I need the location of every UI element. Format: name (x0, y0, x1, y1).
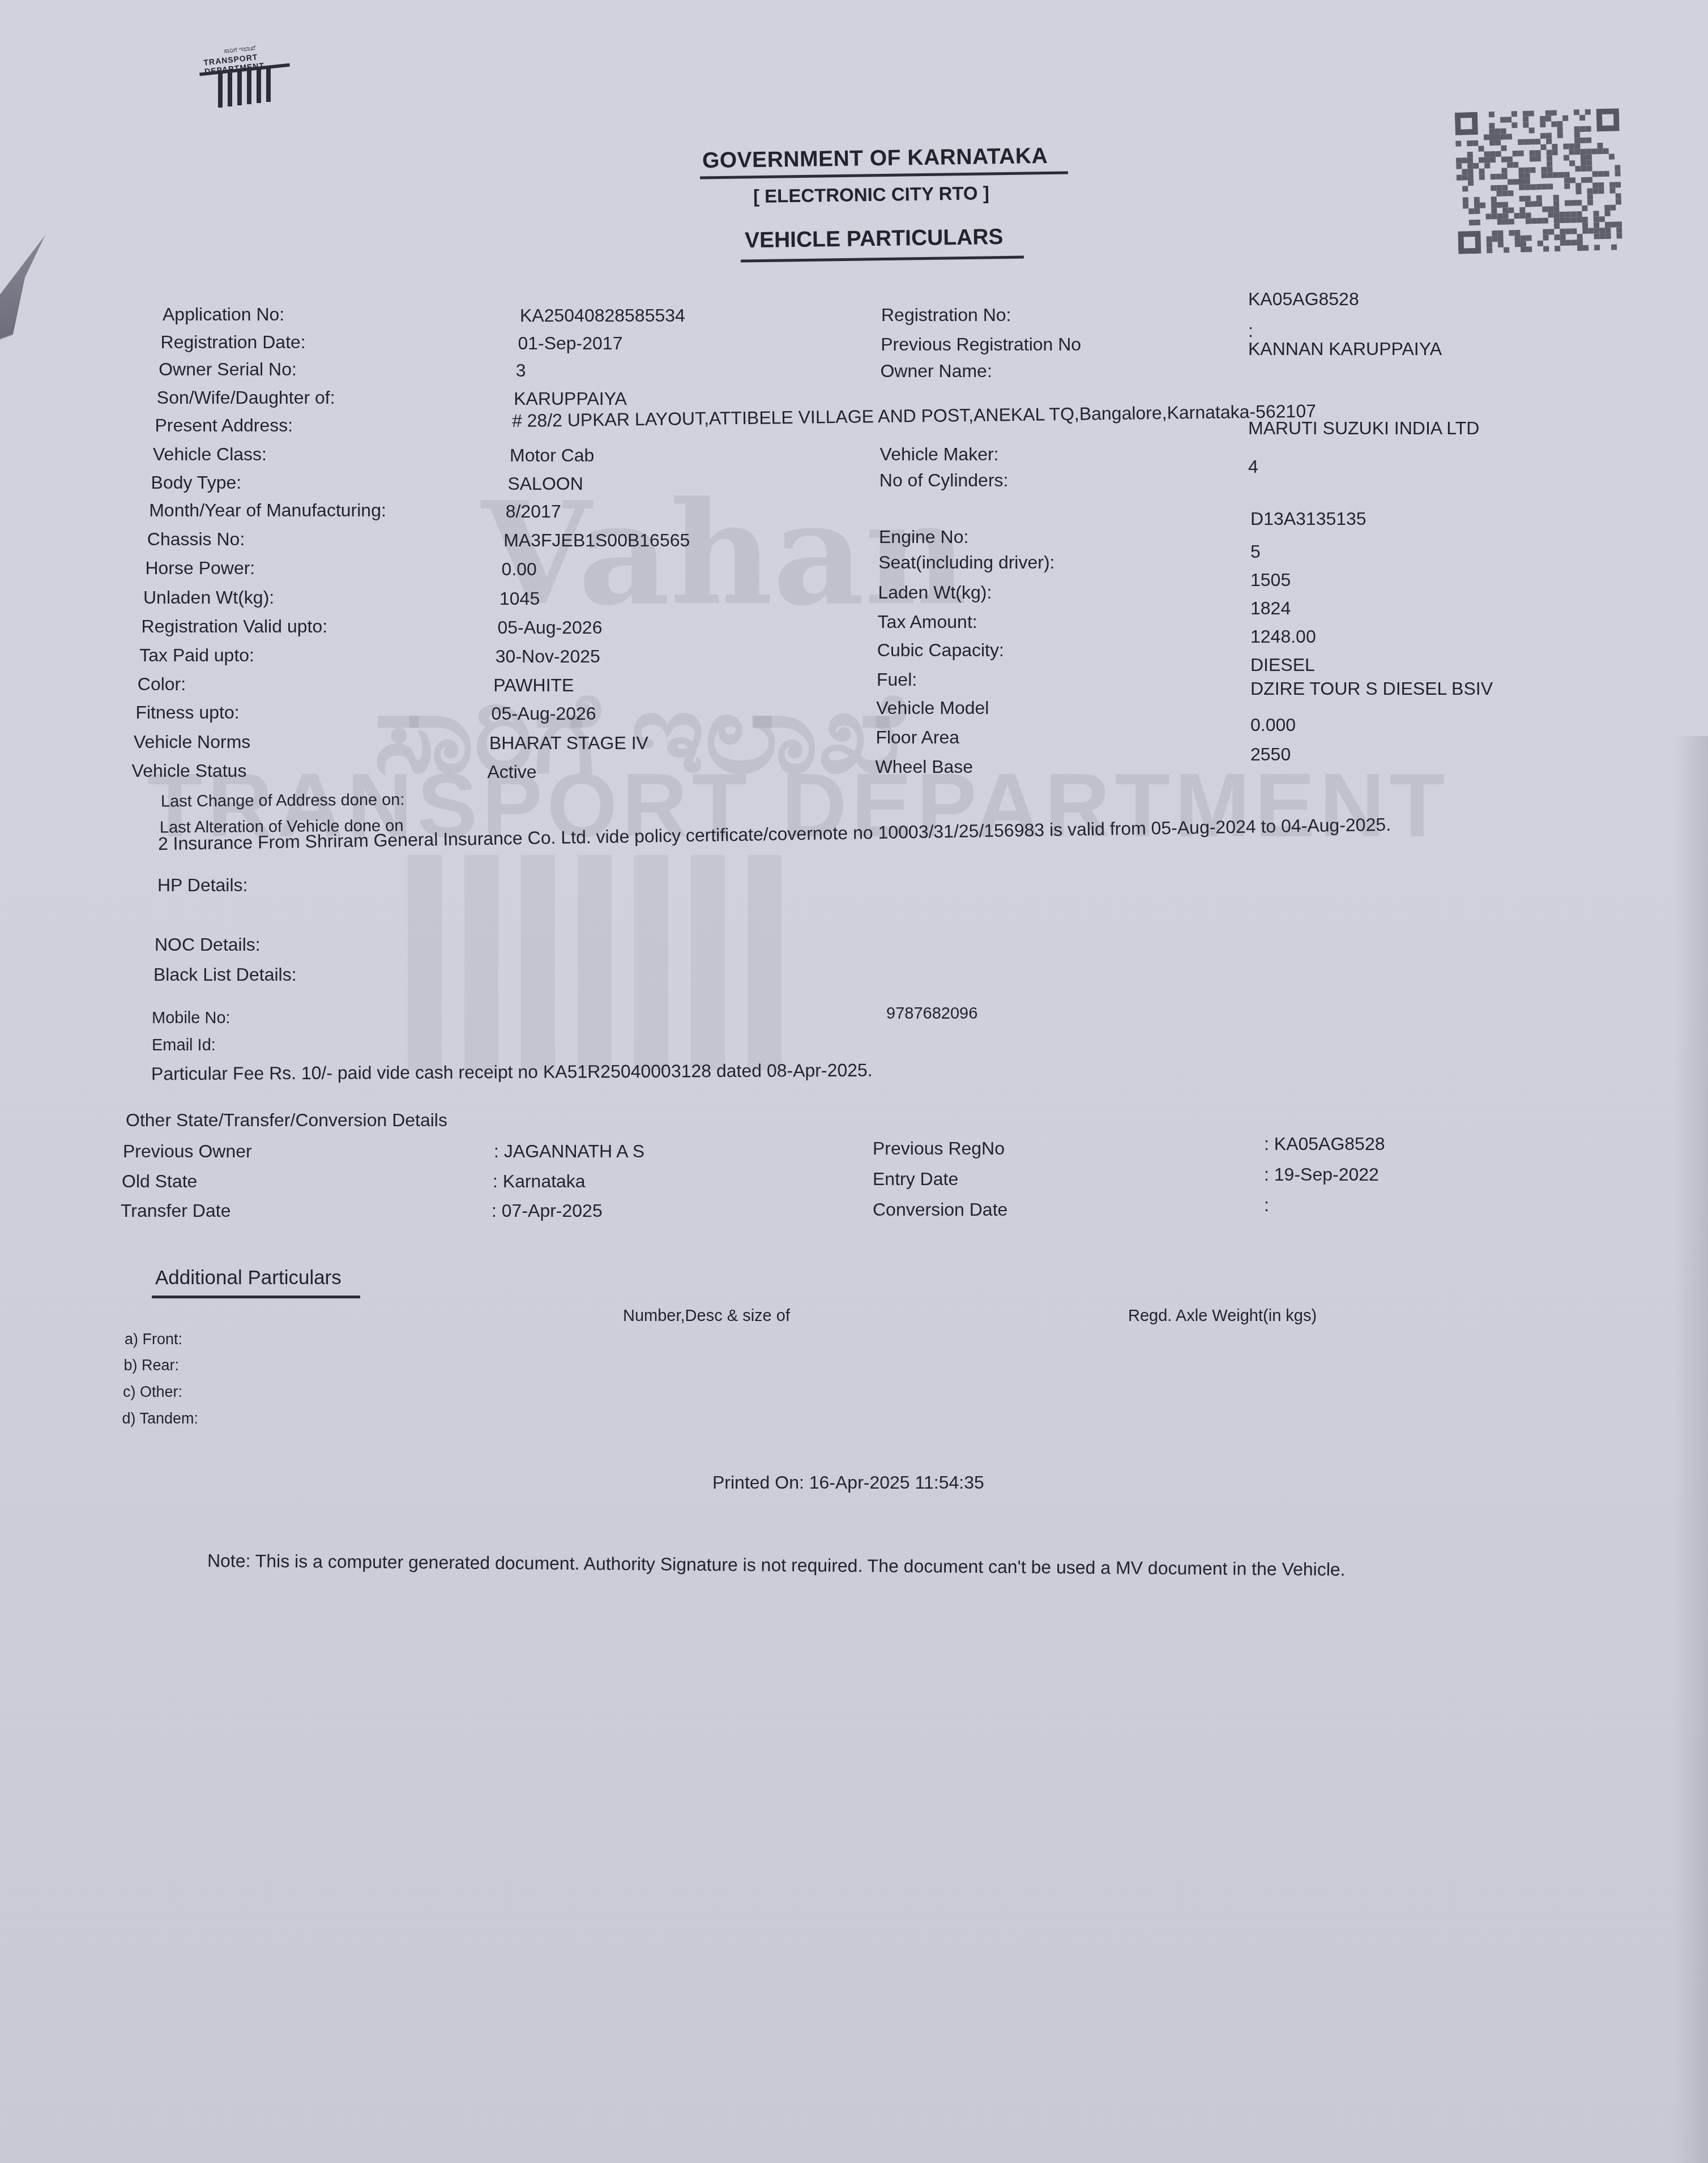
field-label: Owner Name: (880, 361, 992, 382)
field-label: Vehicle Model (876, 698, 989, 719)
field-label: Son/Wife/Daughter of: (157, 387, 335, 408)
axle-row-label: c) Other: (123, 1383, 182, 1401)
axle-row-label: d) Tandem: (122, 1410, 199, 1427)
transfer-value: : KA05AG8528 (1264, 1134, 1385, 1155)
field-label: Laden Wt(kg): (878, 582, 992, 603)
axle-row-label: b) Rear: (124, 1357, 180, 1374)
last-address-change-label: Last Change of Address done on: (161, 790, 405, 811)
field-value: 0.000 (1250, 715, 1296, 736)
field-label: Horse Power: (145, 558, 255, 579)
field-label: Color: (138, 674, 186, 695)
field-label: Registration Date: (161, 332, 306, 353)
email-label: Email Id: (152, 1036, 216, 1055)
field-value: Active (487, 762, 536, 783)
field-label: Seat(including driver): (878, 552, 1054, 573)
particular-fee-note: Particular Fee Rs. 10/- paid vide cash r… (151, 1060, 873, 1085)
transfer-value: : 07-Apr-2025 (492, 1200, 603, 1221)
field-value: KA25040828585534 (520, 305, 685, 326)
field-value: SALOON (507, 473, 583, 494)
transfer-value: : (1264, 1195, 1269, 1216)
field-value: Motor Cab (510, 445, 594, 466)
paper-edge-shadow (1674, 736, 1708, 2163)
axle-weight-column-header: Regd. Axle Weight(in kgs) (1128, 1307, 1317, 1326)
field-value: 2550 (1250, 744, 1291, 765)
field-label: Fitness upto: (135, 702, 239, 723)
transfer-label: Previous RegNo (873, 1138, 1005, 1159)
transfer-label: Entry Date (873, 1169, 958, 1190)
government-title: GOVERNMENT OF KARNATAKA (702, 144, 1048, 174)
field-value: 8/2017 (506, 501, 561, 522)
field-value: 3 (516, 360, 526, 381)
field-value: MA3FJEB1S00B16565 (503, 530, 690, 551)
field-value: DZIRE TOUR S DIESEL BSIV (1250, 678, 1493, 699)
field-value: # 28/2 UPKAR LAYOUT,ATTIBELE VILLAGE AND… (511, 401, 1316, 431)
transfer-value: : 19-Sep-2022 (1264, 1164, 1379, 1185)
noc-details-label: NOC Details: (155, 934, 261, 955)
field-label: No of Cylinders: (879, 470, 1009, 491)
transfer-value: : Karnataka (493, 1171, 586, 1192)
field-value: DIESEL (1250, 655, 1315, 676)
field-label: Engine No: (879, 527, 968, 548)
field-value: 05-Aug-2026 (492, 703, 596, 724)
transfer-heading: Other State/Transfer/Conversion Details (126, 1110, 447, 1131)
transport-department-logo: ಸಾರಿಗೆ ಇಲಾಖೆ TRANSPORT DEPARTMENT (198, 45, 294, 108)
mobile-value: 9787682096 (886, 1004, 977, 1023)
field-value: 1045 (499, 588, 540, 609)
document-title-underline (741, 256, 1024, 263)
field-label: Chassis No: (147, 529, 245, 550)
watermark-logo-bars (408, 855, 804, 1070)
vehicle-particulars-document: Vahan ಸಾರಿಗೆ ಇಲಾಖೆ TRANSPORT DEPARTMENT … (0, 0, 1708, 2163)
transfer-value: : JAGANNATH A S (494, 1141, 644, 1162)
axle-desc-column-header: Number,Desc & size of (623, 1307, 790, 1326)
field-value: 30-Nov-2025 (496, 646, 600, 667)
field-label: Registration No: (881, 305, 1011, 326)
field-value: BHARAT STAGE IV (489, 733, 648, 754)
field-label: Cubic Capacity: (877, 640, 1004, 661)
blacklist-details-label: Black List Details: (153, 964, 297, 985)
field-value: 4 (1248, 456, 1258, 477)
field-label: Vehicle Norms (134, 732, 250, 753)
field-value: KARUPPAIYA (514, 388, 627, 409)
hp-details-label: HP Details: (157, 875, 247, 896)
transfer-label: Transfer Date (121, 1200, 230, 1221)
field-value: MARUTI SUZUKI INDIA LTD (1248, 418, 1479, 439)
field-label: Tax Paid upto: (139, 645, 254, 666)
additional-heading-underline (152, 1296, 360, 1298)
field-value: D13A3135135 (1250, 508, 1367, 529)
axle-row-label: a) Front: (125, 1331, 182, 1348)
field-label: Fuel: (877, 669, 917, 690)
field-label: Tax Amount: (878, 612, 977, 632)
additional-particulars-heading: Additional Particulars (155, 1267, 341, 1289)
mobile-label: Mobile No: (152, 1009, 230, 1028)
field-label: Owner Serial No: (159, 359, 297, 380)
field-value: PAWHITE (493, 675, 574, 696)
field-value: 05-Aug-2026 (497, 617, 602, 638)
document-title: VEHICLE PARTICULARS (745, 225, 1004, 253)
field-value: 1505 (1250, 570, 1291, 591)
field-label: Unladen Wt(kg): (143, 587, 274, 608)
paper-fold-shadow (0, 226, 45, 396)
field-label: Month/Year of Manufacturing: (149, 500, 386, 521)
transfer-label: Previous Owner (123, 1141, 252, 1162)
field-label: Vehicle Status (132, 760, 247, 781)
printed-on: Printed On: 16-Apr-2025 11:54:35 (712, 1472, 984, 1493)
field-label: Body Type: (151, 472, 242, 493)
computer-generated-note: Note: This is a computer generated docum… (207, 1550, 1346, 1580)
field-value: KA05AG8528 (1248, 289, 1359, 310)
field-label: Application No: (163, 304, 284, 325)
field-label: Floor Area (876, 727, 959, 748)
field-value: 5 (1250, 541, 1261, 562)
qr-code-icon (1455, 108, 1622, 254)
field-label: Registration Valid upto: (142, 616, 327, 637)
field-label: Previous Registration No (881, 334, 1081, 355)
field-value: 1248.00 (1250, 626, 1316, 647)
field-label: Wheel Base (876, 756, 973, 777)
rto-office: [ ELECTRONIC CITY RTO ] (753, 182, 989, 207)
field-label: Present Address: (155, 415, 293, 436)
field-value: KANNAN KARUPPAIYA (1248, 339, 1442, 360)
field-value: 01-Sep-2017 (518, 333, 622, 354)
transfer-label: Conversion Date (873, 1199, 1007, 1220)
field-value: 1824 (1250, 598, 1291, 619)
transfer-label: Old State (122, 1171, 197, 1192)
field-label: Vehicle Class: (153, 444, 267, 465)
field-value: 0.00 (502, 559, 537, 580)
field-label: Vehicle Maker: (880, 444, 999, 465)
